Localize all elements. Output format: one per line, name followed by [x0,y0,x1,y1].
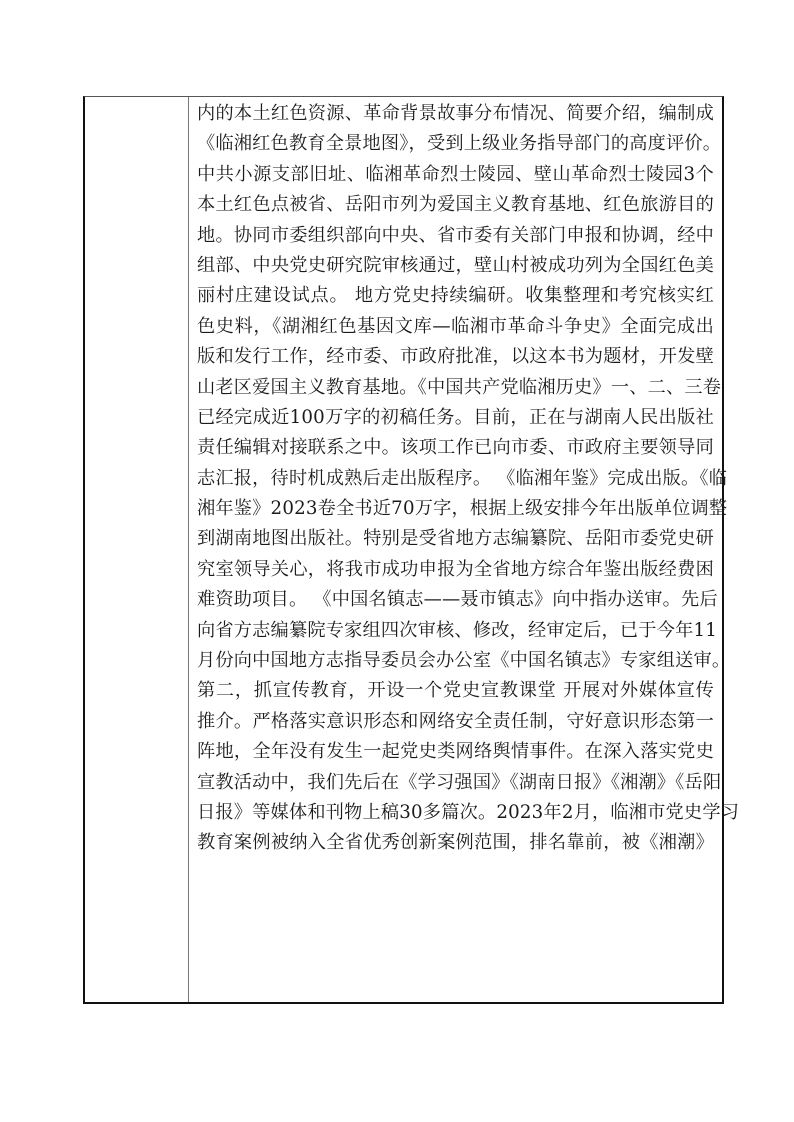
text-line: 志汇报，待时机成熟后走出版程序。 《临湘年鉴》完成出版。《临 [197,464,714,494]
text-line: 中共小源支部旧址、临湘革命烈士陵园、壁山革命烈士陵园3个 [197,160,714,190]
table-content-cell: 内的本土红色资源、革命背景故事分布情况、简要介绍，编制成 《临湘红色教育全景地图… [189,97,722,1002]
text-line: 教育案例被纳入全省优秀创新案例范围，排名靠前，被《湘潮》 [197,828,714,858]
text-line: 究室领导关心，将我市成功申报为全省地方综合年鉴出版经费困 [197,555,714,585]
text-line: 向省方志编纂院专家组四次审核、修改，经审定后，已于今年11 [197,616,714,646]
text-line: 难资助项目。 《中国名镇志——聂市镇志》向中指办送审。先后 [197,585,714,615]
text-line: 月份向中国地方志指导委员会办公室《中国名镇志》专家组送审。 [197,646,714,676]
text-line: 色史料，《湖湘红色基因文库—临湘市革命斗争史》全面完成出 [197,312,714,342]
text-line: 内的本土红色资源、革命背景故事分布情况、简要介绍，编制成 [197,99,714,129]
text-line: 阵地，全年没有发生一起党史类网络舆情事件。在深入落实党史 [197,737,714,767]
text-line: 组部、中央党史研究院审核通过，壁山村被成功列为全国红色美 [197,251,714,281]
text-line: 山老区爱国主义教育基地。《中国共产党临湘历史》一、二、三卷 [197,373,714,403]
report-table: 内的本土红色资源、革命背景故事分布情况、简要介绍，编制成 《临湘红色教育全景地图… [83,96,724,1004]
paragraph-body: 内的本土红色资源、革命背景故事分布情况、简要介绍，编制成 《临湘红色教育全景地图… [197,97,714,859]
text-line: 地。协同市委组织部向中央、省市委有关部门申报和协调，经中 [197,221,714,251]
table-label-cell [85,97,189,1002]
text-line: 责任编辑对接联系之中。该项工作已向市委、市政府主要领导同 [197,433,714,463]
text-line: 日报》等媒体和刊物上稿30多篇次。2023年2月，临湘市党史学习 [197,798,714,828]
text-line: 湘年鉴》2023卷全书近70万字，根据上级安排今年出版单位调整 [197,494,714,524]
text-line: 宣教活动中，我们先后在《学习强国》《湖南日报》《湘潮》《岳阳 [197,768,714,798]
text-line: 到湖南地图出版社。特别是受省地方志编纂院、岳阳市委党史研 [197,524,714,554]
text-line: 本土红色点被省、岳阳市列为爱国主义教育基地、红色旅游目的 [197,190,714,220]
text-line: 已经完成近100万字的初稿任务。目前，正在与湖南人民出版社 [197,403,714,433]
text-line: 第二，抓宣传教育，开设一个党史宣教课堂 开展对外媒体宣传 [197,676,714,706]
text-line: 推介。严格落实意识形态和网络安全责任制，守好意识形态第一 [197,707,714,737]
text-line: 丽村庄建设试点。 地方党史持续编研。收集整理和考究核实红 [197,281,714,311]
text-line: 版和发行工作，经市委、市政府批准，以这本书为题材，开发壁 [197,342,714,372]
text-line: 《临湘红色教育全景地图》，受到上级业务指导部门的高度评价。 [197,129,714,159]
